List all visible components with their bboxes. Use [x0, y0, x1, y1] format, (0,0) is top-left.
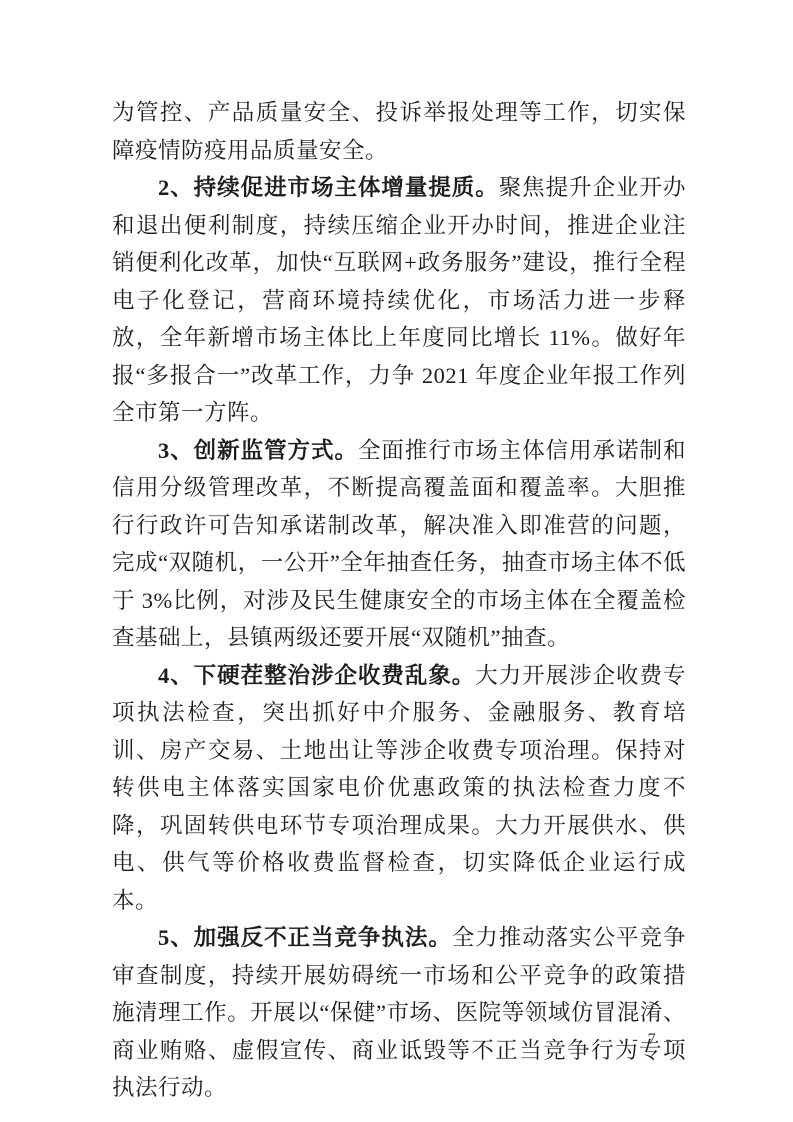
paragraph-heading: 4、下硬茬整治涉企收费乱象。 [158, 663, 475, 688]
paragraph-text: 全力推动落实公平竞争审查制度，持续开展妨碍统一市场和公平竞争的政策措施清理工作。… [112, 925, 686, 1100]
document-body: 为管控、产品质量安全、投诉举报处理等工作，切实保障疫情防疫用品质量安全。 2、持… [112, 94, 686, 1107]
page-number: - 7 - [632, 1031, 674, 1049]
paragraph-item-3: 3、创新监管方式。全面推行市场主体信用承诺制和信用分级管理改革，不断提高覆盖面和… [112, 432, 686, 657]
paragraph-item-5: 5、加强反不正当竞争执法。全力推动落实公平竞争审查制度，持续开展妨碍统一市场和公… [112, 919, 686, 1107]
paragraph-heading: 3、创新监管方式。 [158, 438, 358, 463]
paragraph-text: 大力开展涉企收费专项执法检查，突出抓好中介服务、金融服务、教育培训、房产交易、土… [112, 663, 686, 913]
paragraph-heading: 5、加强反不正当竞争执法。 [158, 925, 452, 950]
paragraph-item-2: 2、持续促进市场主体增量提质。聚焦提升企业开办和退出便利制度，持续压缩企业开办时… [112, 169, 686, 432]
document-page: 为管控、产品质量安全、投诉举报处理等工作，切实保障疫情防疫用品质量安全。 2、持… [0, 0, 793, 1122]
paragraph-heading: 2、持续促进市场主体增量提质。 [158, 175, 499, 200]
paragraph-text: 全面推行市场主体信用承诺制和信用分级管理改革，不断提高覆盖面和覆盖率。大胆推行行… [112, 438, 686, 651]
paragraph-continuation: 为管控、产品质量安全、投诉举报处理等工作，切实保障疫情防疫用品质量安全。 [112, 94, 686, 169]
paragraph-text: 聚焦提升企业开办和退出便利制度，持续压缩企业开办时间，推进企业注销便利化改革，加… [112, 175, 686, 425]
paragraph-text: 为管控、产品质量安全、投诉举报处理等工作，切实保障疫情防疫用品质量安全。 [112, 100, 686, 163]
paragraph-item-4: 4、下硬茬整治涉企收费乱象。大力开展涉企收费专项执法检查，突出抓好中介服务、金融… [112, 657, 686, 920]
